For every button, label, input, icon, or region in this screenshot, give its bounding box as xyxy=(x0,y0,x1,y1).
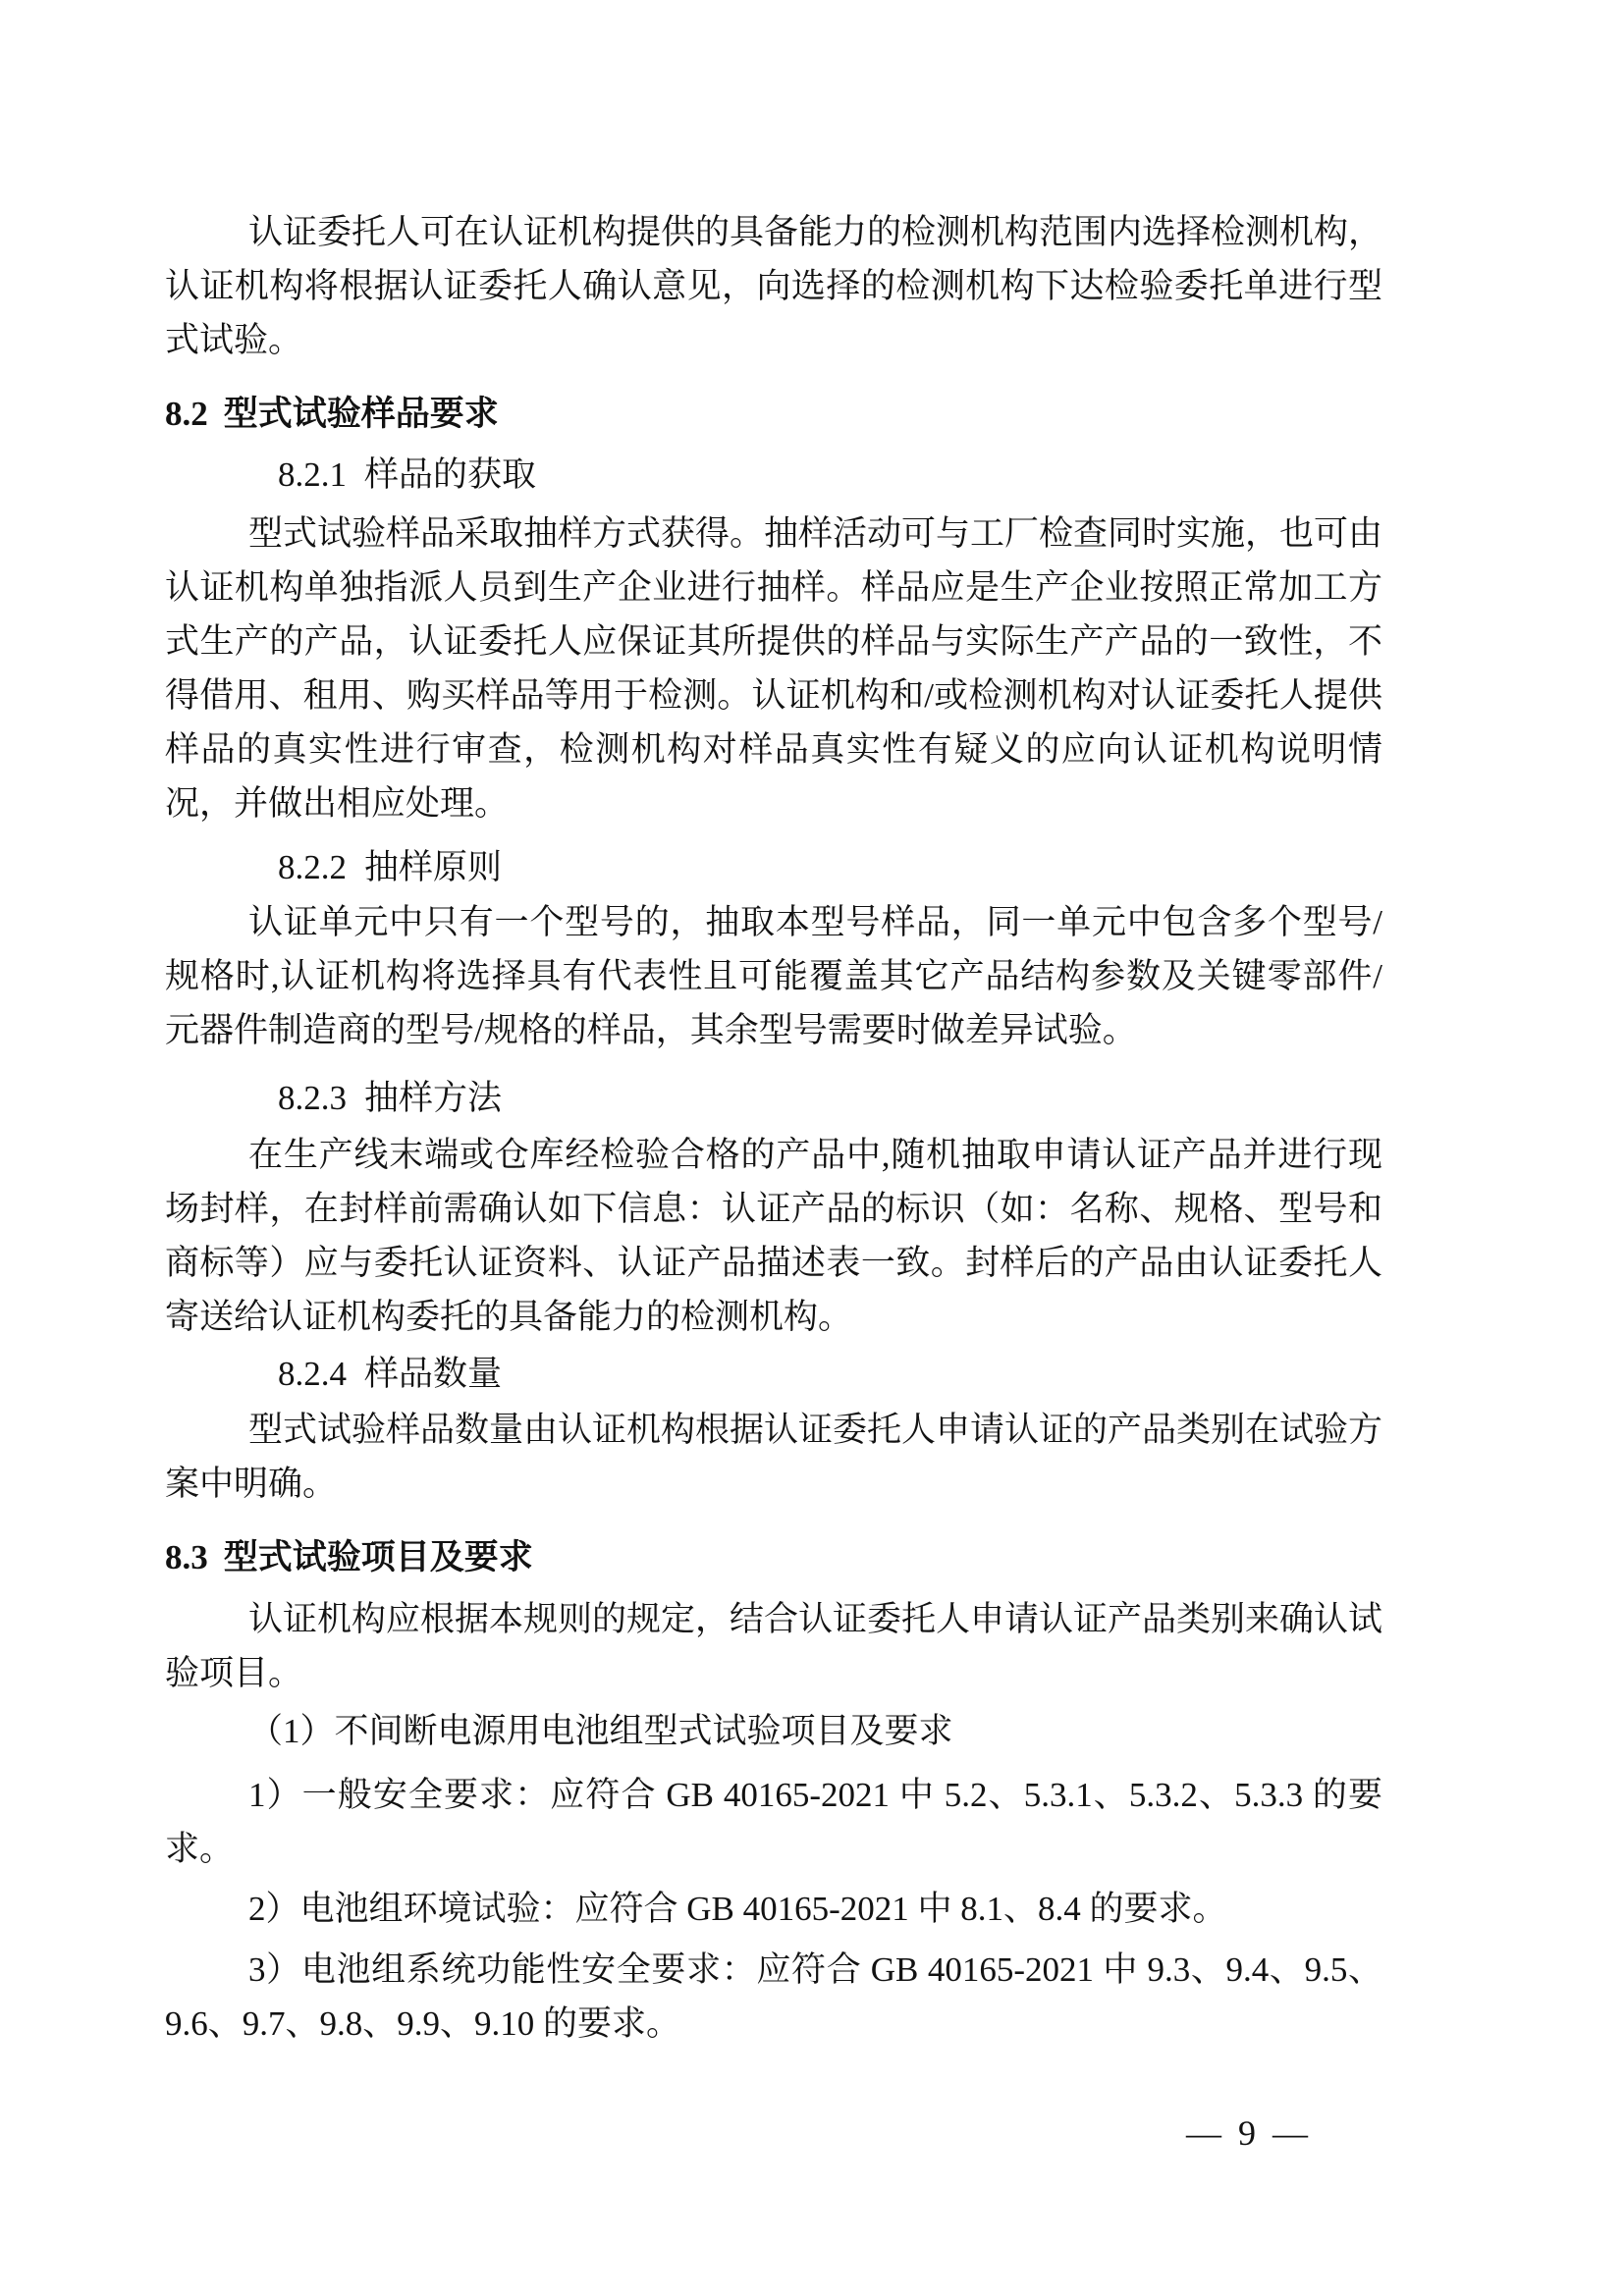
section-8-3-title: 型式试验项目及要求 xyxy=(224,1538,533,1576)
document-content: 认证委托人可在认证机构提供的具备能力的检测机构范围内选择检测机构，认证机构将根据… xyxy=(165,205,1382,2051)
list-item-3: 2）电池组环境试验：应符合 GB 40165-2021 中 8.1、8.4 的要… xyxy=(165,1882,1382,1936)
page-number: — 9 — xyxy=(1186,2107,1312,2161)
intro-paragraph: 认证委托人可在认证机构提供的具备能力的检测机构范围内选择检测机构，认证机构将根据… xyxy=(165,205,1382,367)
section-8-2-4-body: 型式试验样品数量由认证机构根据认证委托人申请认证的产品类别在试验方案中明确。 xyxy=(165,1403,1382,1511)
section-8-2-4-number: 8.2.4 xyxy=(278,1355,347,1393)
section-8-2-2-body: 认证单元中只有一个型号的，抽取本型号样品，同一单元中包含多个型号/规格时,认证机… xyxy=(165,895,1382,1057)
section-8-2-2-title: 抽样原则 xyxy=(364,848,502,886)
section-8-2-heading: 8.2型式试验样品要求 xyxy=(165,387,1382,441)
section-8-2-3-title: 抽样方法 xyxy=(364,1079,502,1117)
section-8-2-3-heading: 8.2.3抽样方法 xyxy=(165,1071,1382,1125)
section-8-3-body: 认证机构应根据本规则的规定，结合认证委托人申请认证产品类别来确认试验项目。 xyxy=(165,1592,1382,1700)
list-item-1: （1）不间断电源用电池组型式试验项目及要求 xyxy=(165,1704,1382,1758)
section-8-3-heading: 8.3型式试验项目及要求 xyxy=(165,1530,1382,1584)
section-8-2-4-title: 样品数量 xyxy=(364,1355,502,1393)
document-page: 认证委托人可在认证机构提供的具备能力的检测机构范围内选择检测机构，认证机构将根据… xyxy=(0,0,1624,2296)
section-8-3-number: 8.3 xyxy=(165,1538,208,1576)
section-8-2-2-heading: 8.2.2抽样原则 xyxy=(165,840,1382,894)
section-8-2-title: 型式试验样品要求 xyxy=(224,395,499,433)
section-8-2-2-number: 8.2.2 xyxy=(278,848,347,886)
section-8-2-1-title: 样品的获取 xyxy=(364,455,536,494)
section-8-2-1-body: 型式试验样品采取抽样方式获得。抽样活动可与工厂检查同时实施，也可由认证机构单独指… xyxy=(165,507,1382,830)
list-item-2: 1）一般安全要求：应符合 GB 40165-2021 中 5.2、5.3.1、5… xyxy=(165,1768,1382,1876)
section-8-2-number: 8.2 xyxy=(165,395,208,433)
section-8-2-3-body: 在生产线末端或仓库经检验合格的产品中,随机抽取申请认证产品并进行现场封样，在封样… xyxy=(165,1128,1382,1344)
section-8-2-3-number: 8.2.3 xyxy=(278,1079,347,1117)
list-item-4: 3）电池组系统功能性安全要求：应符合 GB 40165-2021 中 9.3、9… xyxy=(165,1943,1382,2051)
section-8-2-4-heading: 8.2.4样品数量 xyxy=(165,1347,1382,1401)
section-8-2-1-heading: 8.2.1样品的获取 xyxy=(165,448,1382,502)
section-8-2-1-number: 8.2.1 xyxy=(278,455,347,494)
